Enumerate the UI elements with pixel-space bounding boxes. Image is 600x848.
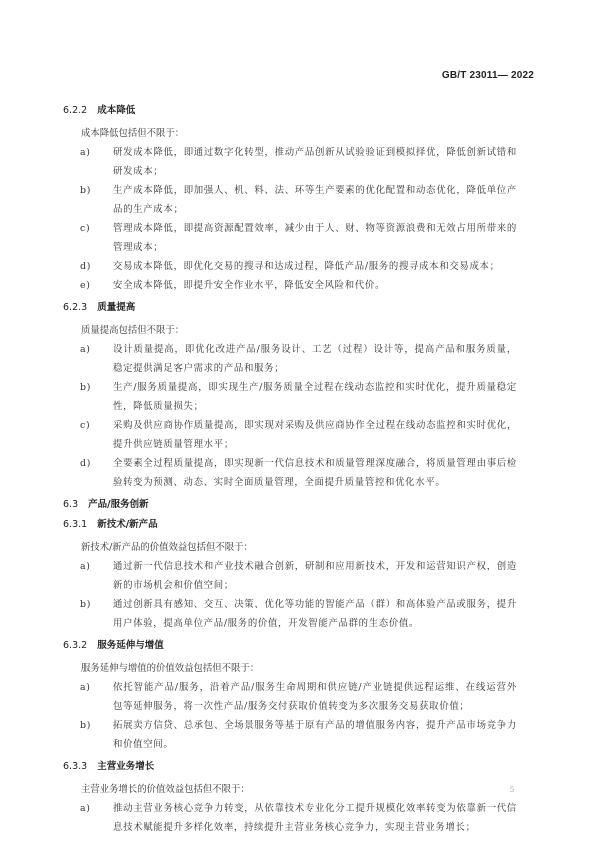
section-title: 主营业务增长 xyxy=(97,761,154,772)
section-intro: 成本降低包括但不限于： xyxy=(63,124,517,143)
section-title: 成本降低 xyxy=(97,105,135,116)
page-number: 5 xyxy=(510,785,514,794)
section-intro: 主营业务增长的价值效益包括但不限于： xyxy=(63,780,517,799)
item-text: 研发成本降低，即通过数字化转型，推动产品创新从试验验证到模拟择优，降低创新试错和… xyxy=(100,143,517,181)
section-intro: 新技术/新产品的价值效益包括但不限于： xyxy=(63,538,517,557)
section-6-2-3: 6.2.3质量提高 质量提高包括但不限于： a)设计质量提高，即优化改进产品/服… xyxy=(63,301,517,492)
section-heading: 6.3.2服务延伸与增值 xyxy=(63,639,517,653)
section-6-3: 6.3产品/服务创新 xyxy=(63,498,517,512)
item-label: b) xyxy=(63,595,100,633)
list-item: a)推动主营业务核心竞争力转变，从依靠技术专业化分工提升规模化效率转变为依靠新一… xyxy=(63,799,517,837)
section-number: 6.3.1 xyxy=(63,518,87,532)
item-label: a) xyxy=(63,143,100,181)
item-label: e) xyxy=(63,276,100,295)
item-label: b) xyxy=(63,378,100,416)
list-item: a)设计质量提高，即优化改进产品/服务设计、工艺（过程）设计等，提高产品和服务质… xyxy=(63,340,517,378)
section-heading: 6.2.2成本降低 xyxy=(63,104,517,118)
list-item: d)全要素全过程质量提高，即实现新一代信息技术和质量管理深度融合，将质量管理由事… xyxy=(63,454,517,492)
section-number: 6.3.3 xyxy=(63,760,87,774)
item-list: a)研发成本降低，即通过数字化转型，推动产品创新从试验验证到模拟择优，降低创新试… xyxy=(63,143,517,295)
section-title: 新技术/新产品 xyxy=(97,519,157,530)
list-item: a)研发成本降低，即通过数字化转型，推动产品创新从试验验证到模拟择优，降低创新试… xyxy=(63,143,517,181)
section-title: 服务延伸与增值 xyxy=(97,640,164,651)
section-number: 6.3.2 xyxy=(63,639,87,653)
list-item: b)生产成本降低，即加强人、机、料、法、环等生产要素的优化配置和动态优化，降低单… xyxy=(63,181,517,219)
section-6-2-2: 6.2.2成本降低 成本降低包括但不限于： a)研发成本降低，即通过数字化转型，… xyxy=(63,104,517,295)
item-label: d) xyxy=(63,257,100,276)
item-text: 采购及供应商协作质量提高，即实现对采购及供应商协作全过程在线动态监控和实时优化，… xyxy=(100,416,517,454)
item-list: a)推动主营业务核心竞争力转变，从依靠技术专业化分工提升规模化效率转变为依靠新一… xyxy=(63,799,517,837)
section-number: 6.2.2 xyxy=(63,104,87,118)
section-heading: 6.3产品/服务创新 xyxy=(63,498,517,512)
item-text: 设计质量提高，即优化改进产品/服务设计、工艺（过程）设计等，提高产品和服务质量，… xyxy=(100,340,517,378)
list-item: a)依托智能产品/服务，沿着产品/服务生命周期和供应链/产业链提供远程运维、在线… xyxy=(63,678,517,716)
item-text: 管理成本降低，即提高资源配置效率，减少由于人、财、物等资源浪费和无效占用所带来的… xyxy=(100,219,517,257)
section-heading: 6.2.3质量提高 xyxy=(63,301,517,315)
list-item: a)通过新一代信息技术和产业技术融合创新，研制和应用新技术，开发和运营知识产权，… xyxy=(63,557,517,595)
item-label: a) xyxy=(63,557,100,595)
list-item: d)交易成本降低，即优化交易的搜寻和达成过程，降低产品/服务的搜寻成本和交易成本… xyxy=(63,257,517,276)
item-text: 交易成本降低，即优化交易的搜寻和达成过程，降低产品/服务的搜寻成本和交易成本； xyxy=(100,257,517,276)
item-label: c) xyxy=(63,416,100,454)
item-text: 全要素全过程质量提高，即实现新一代信息技术和质量管理深度融合，将质量管理由事后检… xyxy=(100,454,517,492)
item-label: a) xyxy=(63,678,100,716)
list-item: b)拓展卖方信贷、总承包、全场景服务等基于原有产品的增值服务内容，提升产品市场竞… xyxy=(63,716,517,754)
section-heading: 6.3.1新技术/新产品 xyxy=(63,518,517,532)
item-text: 依托智能产品/服务，沿着产品/服务生命周期和供应链/产业链提供远程运维、在线运营… xyxy=(100,678,517,716)
item-text: 生产/服务质量提高，即实现生产/服务质量全过程在线动态监控和实时优化，提升质量稳… xyxy=(100,378,517,416)
list-item: c)管理成本降低，即提高资源配置效率，减少由于人、财、物等资源浪费和无效占用所带… xyxy=(63,219,517,257)
section-title: 产品/服务创新 xyxy=(88,499,148,510)
item-label: d) xyxy=(63,454,100,492)
standard-code: GB/T 23011— 2022 xyxy=(442,70,534,81)
item-list: a)设计质量提高，即优化改进产品/服务设计、工艺（过程）设计等，提高产品和服务质… xyxy=(63,340,517,492)
item-text: 通过新一代信息技术和产业技术融合创新，研制和应用新技术，开发和运营知识产权，创造… xyxy=(100,557,517,595)
item-text: 安全成本降低，即提升安全作业水平，降低安全风险和代价。 xyxy=(100,276,517,295)
section-number: 6.3 xyxy=(63,498,78,512)
section-intro: 服务延伸与增值的价值效益包括但不限于： xyxy=(63,659,517,678)
item-label: b) xyxy=(63,716,100,754)
section-intro: 质量提高包括但不限于： xyxy=(63,321,517,340)
section-6-3-1: 6.3.1新技术/新产品 新技术/新产品的价值效益包括但不限于： a)通过新一代… xyxy=(63,518,517,633)
section-title: 质量提高 xyxy=(97,302,135,313)
item-list: a)通过新一代信息技术和产业技术融合创新，研制和应用新技术，开发和运营知识产权，… xyxy=(63,557,517,633)
section-6-3-3: 6.3.3主营业务增长 主营业务增长的价值效益包括但不限于： a)推动主营业务核… xyxy=(63,760,517,837)
item-text: 拓展卖方信贷、总承包、全场景服务等基于原有产品的增值服务内容，提升产品市场竞争力… xyxy=(100,716,517,754)
section-heading: 6.3.3主营业务增长 xyxy=(63,760,517,774)
item-label: a) xyxy=(63,799,100,837)
item-label: c) xyxy=(63,219,100,257)
item-label: b) xyxy=(63,181,100,219)
list-item: e)安全成本降低，即提升安全作业水平，降低安全风险和代价。 xyxy=(63,276,517,295)
item-text: 生产成本降低，即加强人、机、料、法、环等生产要素的优化配置和动态优化，降低单位产… xyxy=(100,181,517,219)
section-6-3-2: 6.3.2服务延伸与增值 服务延伸与增值的价值效益包括但不限于： a)依托智能产… xyxy=(63,639,517,754)
list-item: b)通过创新具有感知、交互、决策、优化等功能的智能产品（群）和高体验产品或服务，… xyxy=(63,595,517,633)
list-item: b)生产/服务质量提高，即实现生产/服务质量全过程在线动态监控和实时优化，提升质… xyxy=(63,378,517,416)
item-text: 通过创新具有感知、交互、决策、优化等功能的智能产品（群）和高体验产品或服务，提升… xyxy=(100,595,517,633)
item-list: a)依托智能产品/服务，沿着产品/服务生命周期和供应链/产业链提供远程运维、在线… xyxy=(63,678,517,754)
item-label: a) xyxy=(63,340,100,378)
document-body: 6.2.2成本降低 成本降低包括但不限于： a)研发成本降低，即通过数字化转型，… xyxy=(63,104,517,843)
section-number: 6.2.3 xyxy=(63,301,87,315)
list-item: c)采购及供应商协作质量提高，即实现对采购及供应商协作全过程在线动态监控和实时优… xyxy=(63,416,517,454)
item-text: 推动主营业务核心竞争力转变，从依靠技术专业化分工提升规模化效率转变为依靠新一代信… xyxy=(100,799,517,837)
